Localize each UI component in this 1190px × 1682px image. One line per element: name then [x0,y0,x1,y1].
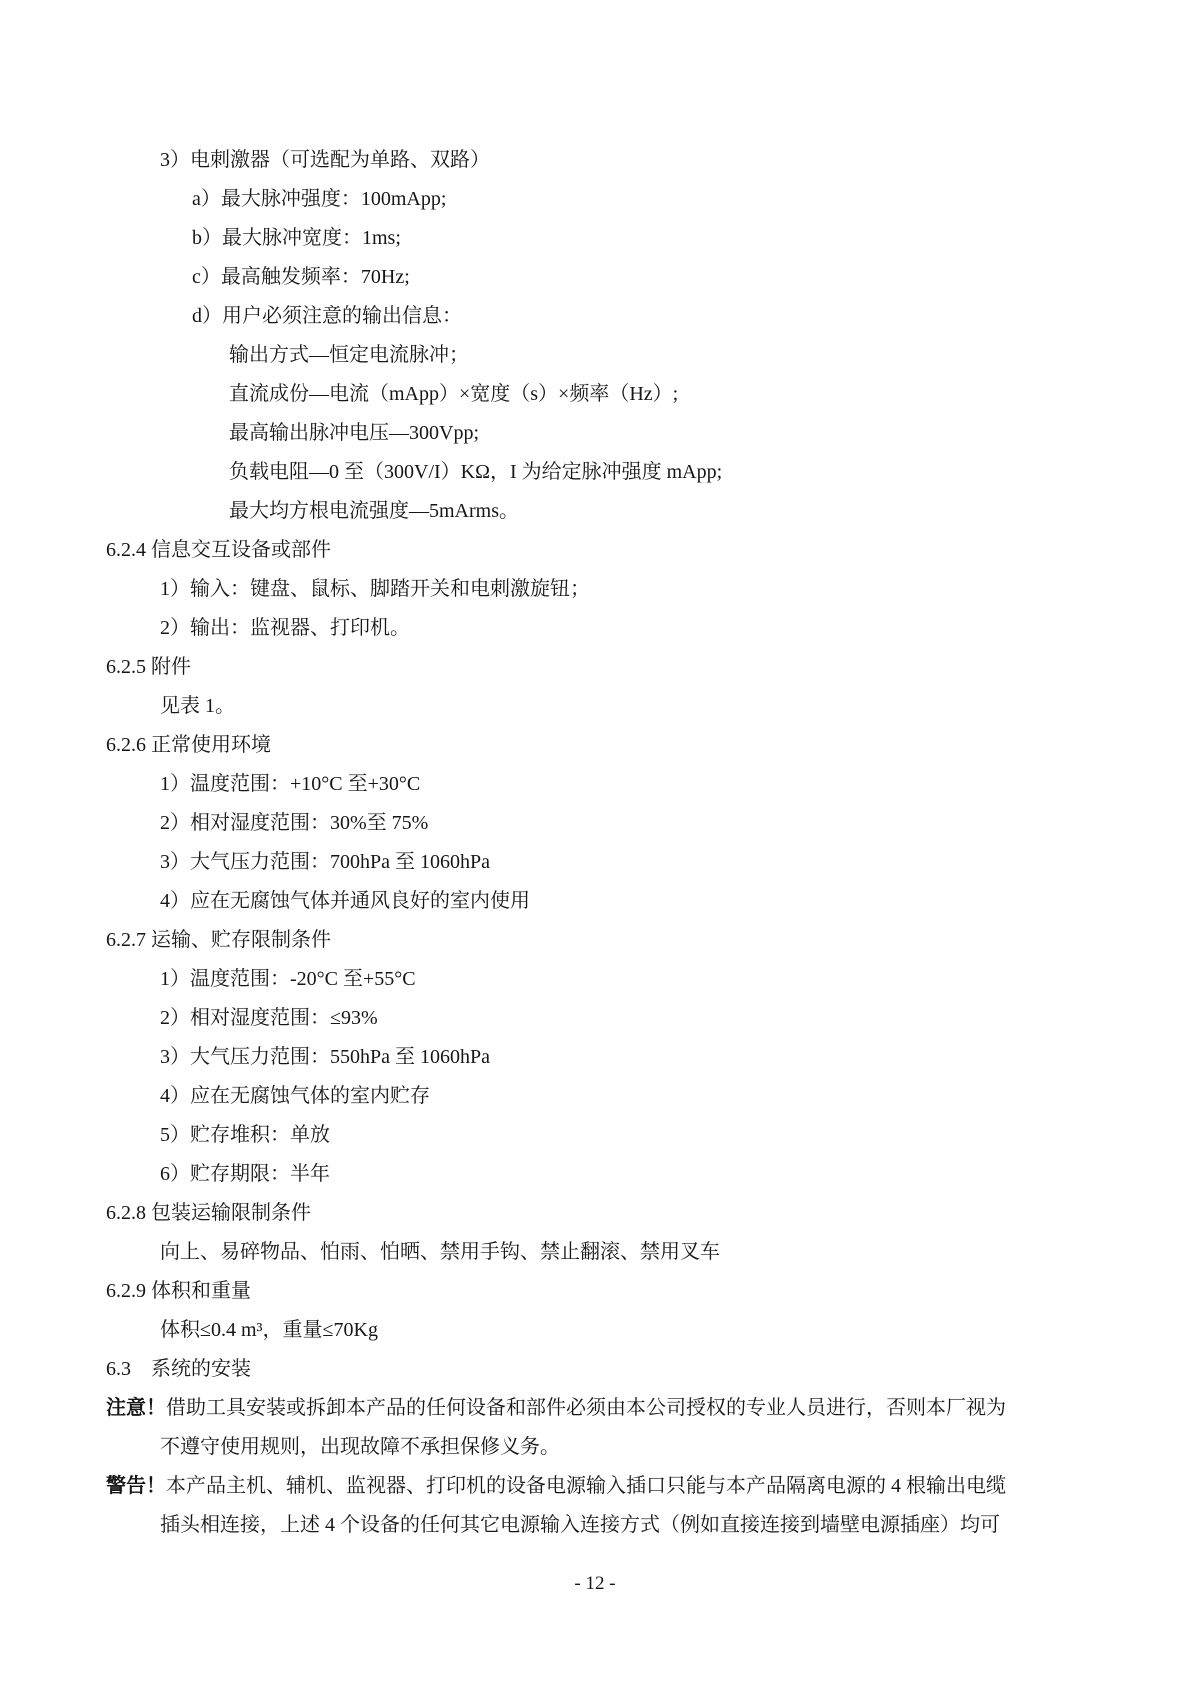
section-heading: 6.2.8 包装运输限制条件 [0,1194,1190,1233]
line-text: c）最高触发频率：70Hz; [192,266,410,288]
list-item: 4）应在无腐蚀气体的室内贮存 [0,1077,1190,1116]
list-item: 3）大气压力范围：550hPa 至 1060hPa [0,1038,1190,1077]
list-item: 2）输出：监视器、打印机。 [0,609,1190,648]
line-text: 最大均方根电流强度—5mArms。 [229,500,519,522]
line-text: 本产品主机、辅机、监视器、打印机的设备电源输入插口只能与本产品隔离电源的 4 根… [166,1475,1006,1497]
line-text: 4）应在无腐蚀气体并通风良好的室内使用 [160,890,530,912]
list-item: b）最大脉冲宽度：1ms; [0,219,1190,258]
line-text: 见表 1。 [160,695,235,717]
line-text: b）最大脉冲宽度：1ms; [192,227,401,249]
warning-text: 警告！本产品主机、辅机、监视器、打印机的设备电源输入插口只能与本产品隔离电源的 … [0,1467,1190,1506]
line-text: 1）温度范围：+10°C 至+30°C [160,773,420,795]
list-item: 3）电刺激器（可选配为单路、双路） [0,141,1190,180]
list-item: a）最大脉冲强度：100mApp; [0,180,1190,219]
line-text: 6.3 系统的安装 [106,1358,251,1380]
body-text: 见表 1。 [0,687,1190,726]
warning-text: 插头相连接，上述 4 个设备的任何其它电源输入连接方式（例如直接连接到墙壁电源插… [0,1506,1190,1545]
body-text: 向上、易碎物品、怕雨、怕晒、禁用手钩、禁止翻滚、禁用叉车 [0,1233,1190,1272]
line-text: d）用户必须注意的输出信息： [192,305,462,327]
line-text: 2）输出：监视器、打印机。 [160,617,410,639]
list-item: 2）相对湿度范围：≤93% [0,999,1190,1038]
line-text: a）最大脉冲强度：100mApp; [192,188,446,210]
list-item: 3）大气压力范围：700hPa 至 1060hPa [0,843,1190,882]
line-text: 负载电阻—0 至（300V/I）KΩ，I 为给定脉冲强度 mApp; [229,461,722,483]
body-text: 负载电阻—0 至（300V/I）KΩ，I 为给定脉冲强度 mApp; [0,453,1190,492]
line-text: 3）大气压力范围：550hPa 至 1060hPa [160,1046,490,1068]
body-text: 最大均方根电流强度—5mArms。 [0,492,1190,531]
line-text: 6.2.8 包装运输限制条件 [106,1202,311,1224]
line-text: 6.2.6 正常使用环境 [106,734,271,756]
list-item: 2）相对湿度范围：30%至 75% [0,804,1190,843]
list-item: 5）贮存堆积：单放 [0,1116,1190,1155]
list-item: c）最高触发频率：70Hz; [0,258,1190,297]
line-text: 不遵守使用规则，出现故障不承担保修义务。 [160,1436,560,1458]
list-item: 1）温度范围：-20°C 至+55°C [0,960,1190,999]
line-text: 直流成份—电流（mApp）×宽度（s）×频率（Hz）; [229,383,678,405]
line-text: 3）大气压力范围：700hPa 至 1060hPa [160,851,490,873]
line-text: 向上、易碎物品、怕雨、怕晒、禁用手钩、禁止翻滚、禁用叉车 [160,1241,720,1263]
list-item: 1）温度范围：+10°C 至+30°C [0,765,1190,804]
list-item: 4）应在无腐蚀气体并通风良好的室内使用 [0,882,1190,921]
line-text: 6.2.7 运输、贮存限制条件 [106,929,331,951]
body-text: 直流成份—电流（mApp）×宽度（s）×频率（Hz）; [0,375,1190,414]
line-text: 最高输出脉冲电压—300Vpp; [229,422,479,444]
line-text: 2）相对湿度范围：≤93% [160,1007,378,1029]
emphasis-label: 警告！ [106,1475,166,1497]
section-heading: 6.2.5 附件 [0,648,1190,687]
notice-text: 不遵守使用规则，出现故障不承担保修义务。 [0,1428,1190,1467]
line-text: 3）电刺激器（可选配为单路、双路） [160,149,490,171]
body-text: 输出方式—恒定电流脉冲； [0,336,1190,375]
section-heading: 6.2.7 运输、贮存限制条件 [0,921,1190,960]
section-heading: 6.2.6 正常使用环境 [0,726,1190,765]
emphasis-label: 注意！ [106,1397,166,1419]
body-text: 最高输出脉冲电压—300Vpp; [0,414,1190,453]
section-heading: 6.2.4 信息交互设备或部件 [0,531,1190,570]
notice-text: 注意！借助工具安装或拆卸本产品的任何设备和部件必须由本公司授权的专业人员进行，否… [0,1389,1190,1428]
document-body: 3）电刺激器（可选配为单路、双路）a）最大脉冲强度：100mApp;b）最大脉冲… [0,141,1190,1545]
body-text: 体积≤0.4 m³，重量≤70Kg [0,1311,1190,1350]
section-heading: 6.3 系统的安装 [0,1350,1190,1389]
line-text: 6.2.9 体积和重量 [106,1280,251,1302]
list-item: d）用户必须注意的输出信息： [0,297,1190,336]
line-text: 插头相连接，上述 4 个设备的任何其它电源输入连接方式（例如直接连接到墙壁电源插… [160,1514,1000,1536]
line-text: 6.2.4 信息交互设备或部件 [106,539,331,561]
page-number: - 12 - [0,1571,1190,1597]
line-text: 6.2.5 附件 [106,656,191,678]
list-item: 6）贮存期限：半年 [0,1155,1190,1194]
line-text: 1）输入：键盘、鼠标、脚踏开关和电刺激旋钮； [160,578,590,600]
line-text: 体积≤0.4 m³，重量≤70Kg [160,1319,378,1341]
line-text: 1）温度范围：-20°C 至+55°C [160,968,416,990]
document-page: 3）电刺激器（可选配为单路、双路）a）最大脉冲强度：100mApp;b）最大脉冲… [0,0,1190,1682]
line-text: 2）相对湿度范围：30%至 75% [160,812,428,834]
line-text: 借助工具安装或拆卸本产品的任何设备和部件必须由本公司授权的专业人员进行，否则本厂… [166,1397,1006,1419]
line-text: 5）贮存堆积：单放 [160,1124,330,1146]
list-item: 1）输入：键盘、鼠标、脚踏开关和电刺激旋钮； [0,570,1190,609]
line-text: 4）应在无腐蚀气体的室内贮存 [160,1085,430,1107]
line-text: 6）贮存期限：半年 [160,1163,330,1185]
line-text: 输出方式—恒定电流脉冲； [229,344,469,366]
section-heading: 6.2.9 体积和重量 [0,1272,1190,1311]
